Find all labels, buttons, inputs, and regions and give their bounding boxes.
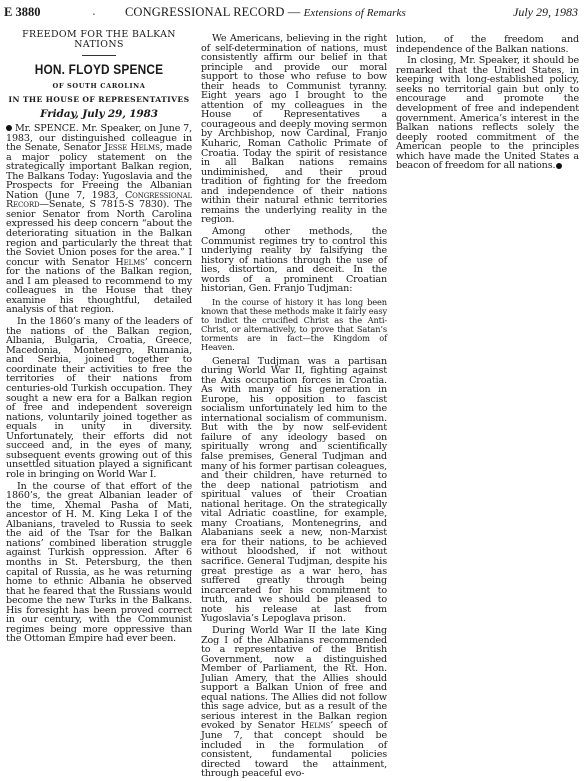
paragraph-text: ’ speech of June 7, that concept should … — [201, 720, 387, 779]
paragraph-3: In the course of that effort of the 1860… — [6, 482, 192, 644]
paragraph-1: Mr. SPENCE. Mr. Speaker, on June 7, 1983… — [6, 124, 192, 315]
paragraph-5: Among other methods, the Communist regim… — [201, 227, 387, 294]
paragraph-4: We Americans, believing in the right of … — [201, 34, 387, 225]
paragraph-text: During World War II the late King Zog I … — [201, 625, 387, 731]
header-date: July 29, 1983 — [513, 5, 578, 20]
column-1: FREEDOM FOR THE BALKAN NATIONS HON. FLOY… — [6, 30, 192, 646]
column-2: We Americans, believing in the right of … — [201, 34, 387, 781]
publication-name: CONGRESSIONAL RECORD — [125, 5, 285, 19]
paragraph-8: In closing, Mr. Speaker, it should be re… — [396, 56, 579, 171]
paragraph-text: ’ concern for the nations of the Balkan … — [6, 257, 192, 316]
article-title: FREEDOM FOR THE BALKAN NATIONS — [6, 30, 192, 50]
section-name: Extensions of Remarks — [304, 7, 406, 19]
article-title-line-2: NATIONS — [6, 40, 192, 50]
paragraph-7-continued: lution, of the freedom and independence … — [396, 35, 579, 54]
block-quote: In the course of history it has long bee… — [201, 298, 387, 353]
speech-date: Friday, July 29, 1983 — [6, 108, 192, 120]
page-number: E 3880 — [4, 5, 40, 20]
chamber: IN THE HOUSE OF REPRESENTATIVES — [6, 95, 192, 104]
paragraph-7: During World War II the late King Zog I … — [201, 626, 387, 779]
paragraph-2: In the 1860’s many of the leaders of the… — [6, 317, 192, 479]
header-separator: . — [92, 4, 96, 18]
page-header: E 3880 . CONGRESSIONAL RECORD — Extensio… — [0, 2, 584, 24]
title-dash: — — [285, 5, 304, 19]
paragraph-text: In closing, Mr. Speaker, it should be re… — [396, 55, 579, 171]
paragraph-6: General Tudjman was a partisan during Wo… — [201, 357, 387, 624]
column-3: lution, of the freedom and independence … — [396, 35, 579, 173]
speaker-name: HON. FLOYD SPENCE — [20, 61, 178, 77]
bullet-icon — [6, 125, 12, 131]
speaker-state: OF SOUTH CAROLINA — [6, 82, 192, 90]
title-divider — [82, 55, 116, 56]
publication-title: CONGRESSIONAL RECORD — Extensions of Rem… — [125, 5, 406, 20]
end-bullet-icon — [556, 163, 562, 169]
